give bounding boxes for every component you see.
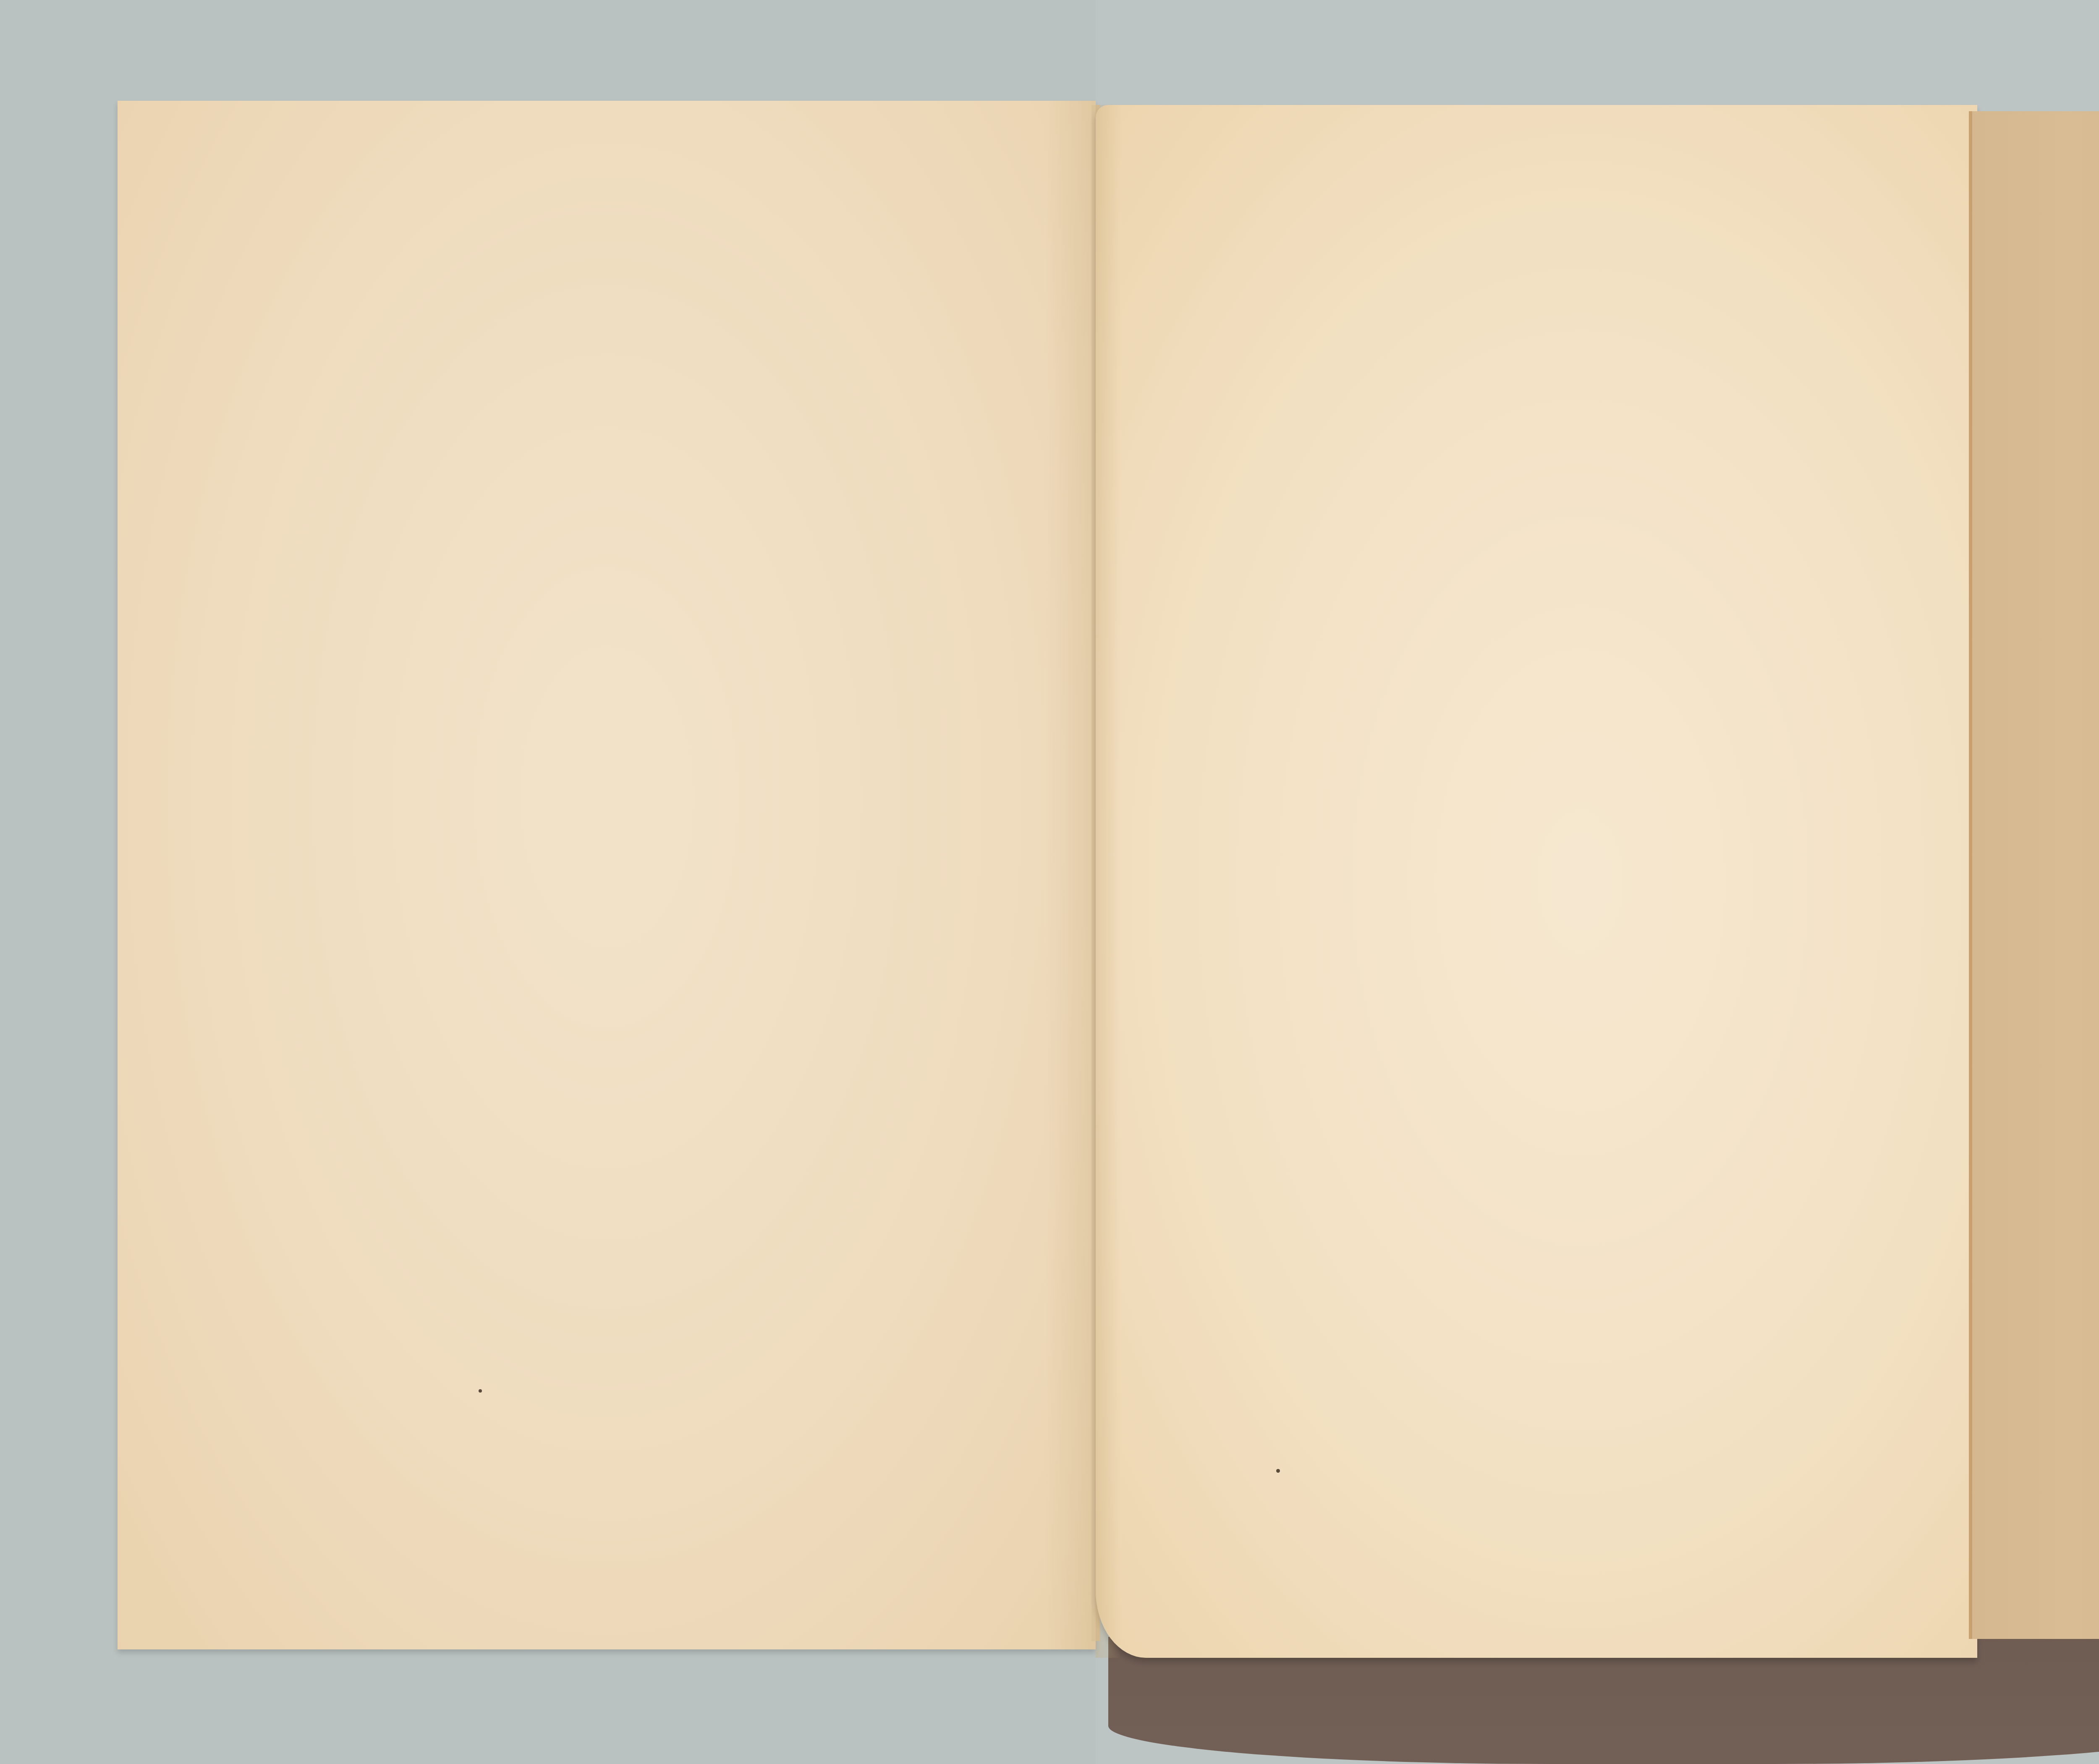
ink-speck: [479, 1389, 482, 1393]
right-page: [1096, 105, 1977, 1658]
ink-speck: [1276, 1469, 1280, 1473]
left-page: [118, 101, 1096, 1649]
cover-flap: [1969, 111, 2099, 1639]
